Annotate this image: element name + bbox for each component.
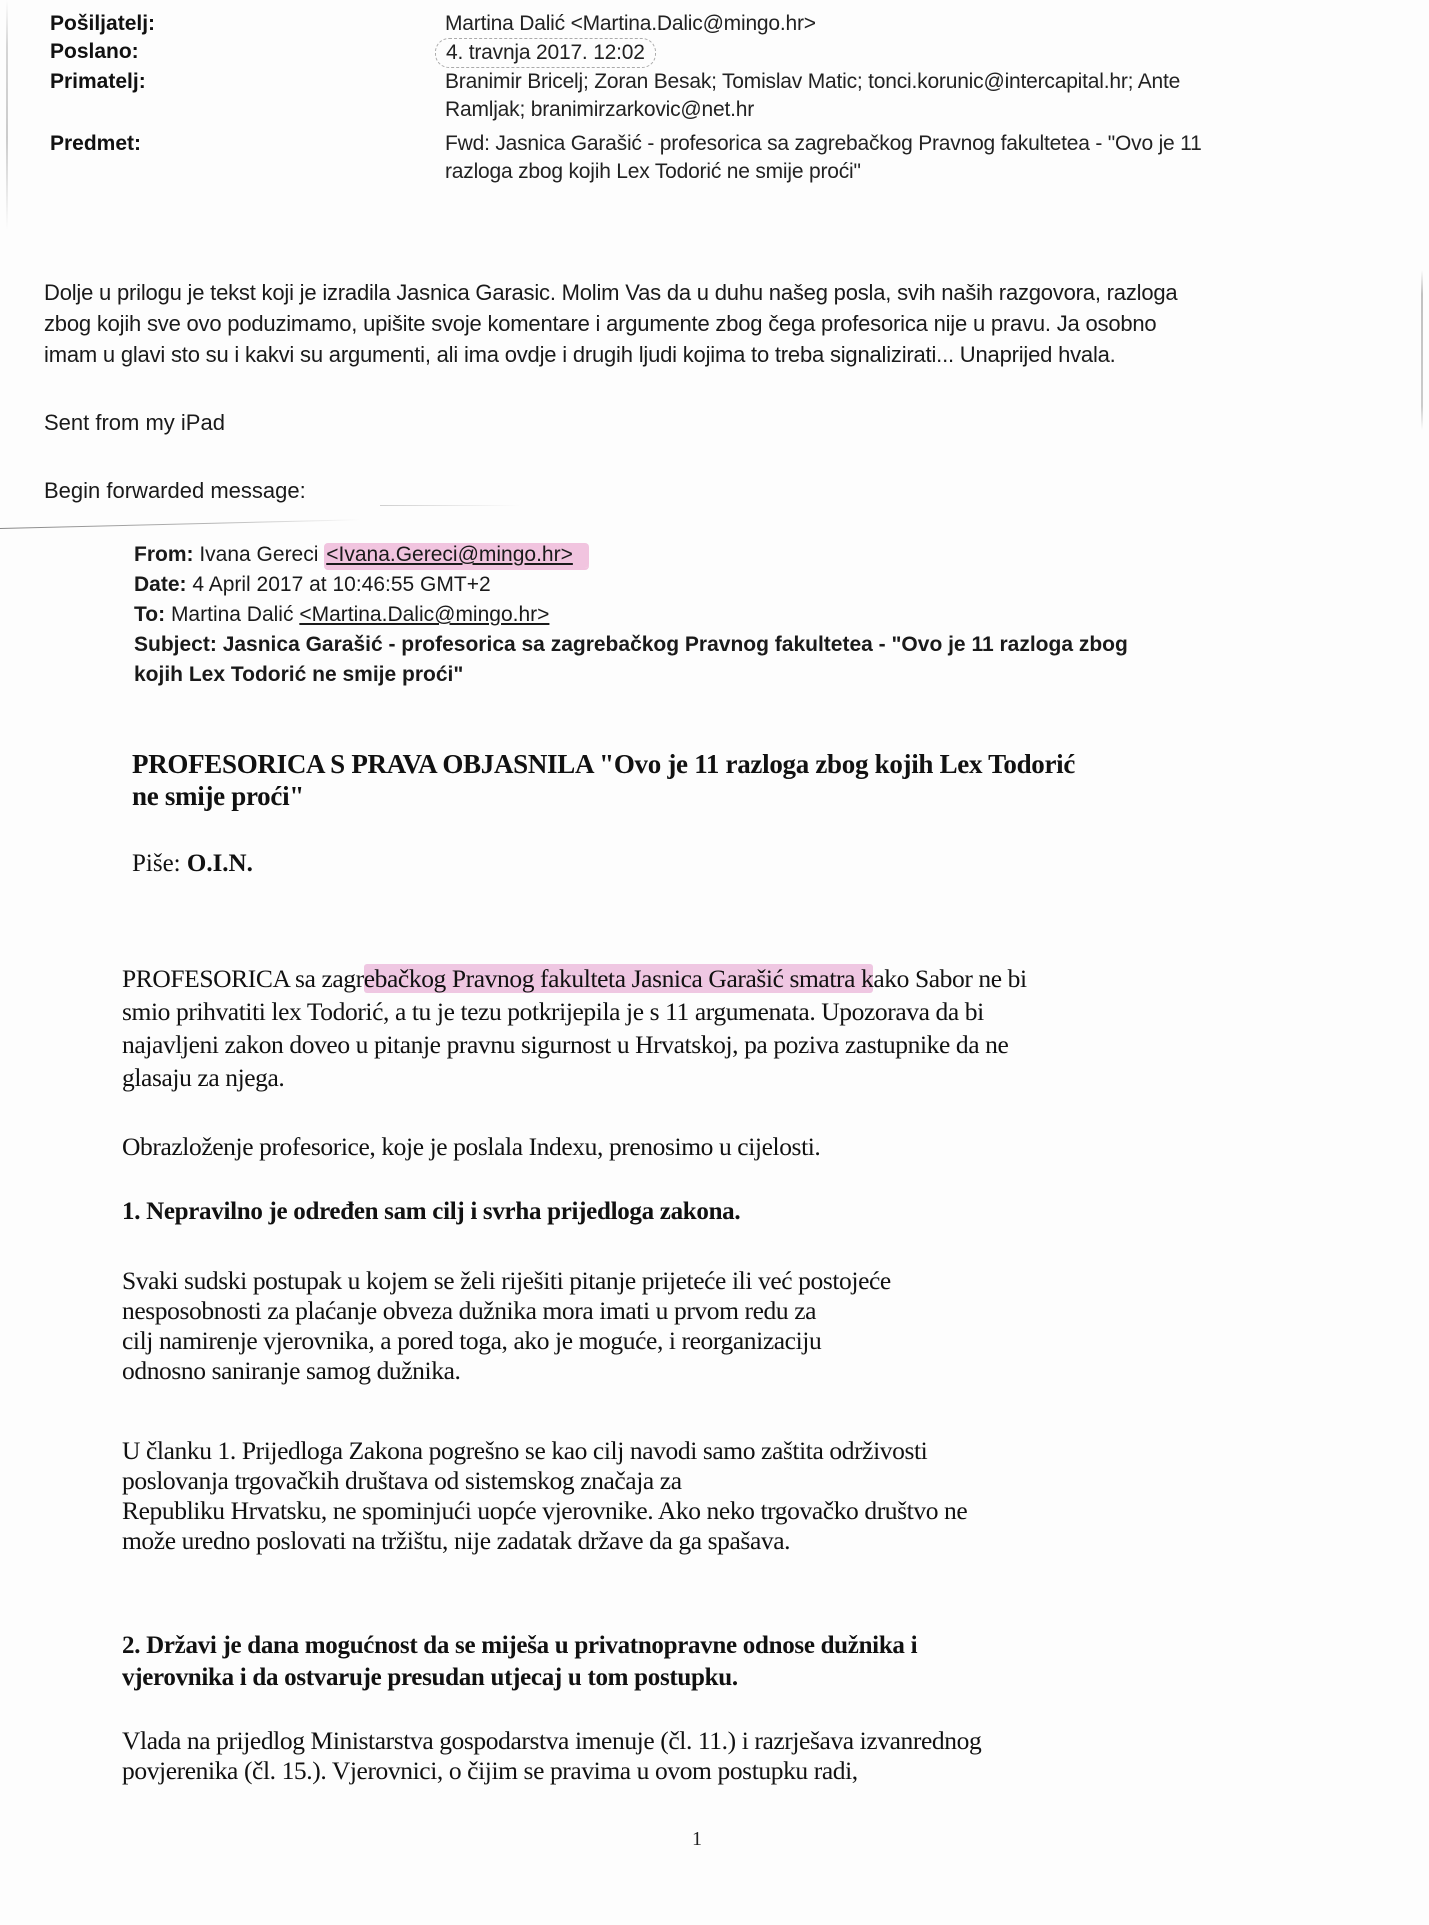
forwarded-from-email[interactable]: <Ivana.Gereci@mingo.hr> — [324, 543, 589, 568]
header-subject-row: Predmet: Fwd: Jasnica Garašić - profesor… — [50, 130, 1380, 186]
header-sent-row: Poslano: 4. travnja 2017. 12:02 — [50, 38, 1380, 68]
article-title-line: PROFESORICA S PRAVA OBJASNILA "Ovo je 11… — [132, 748, 1282, 780]
intro-line: PROFESORICA sa zagrebačkog Pravnog fakul… — [122, 962, 1242, 995]
forwarded-subject-line2: kojih Lex Todorić ne smije proći" — [134, 660, 1334, 690]
explanation-paragraph: Obrazloženje profesorice, koje je poslal… — [122, 1130, 1242, 1163]
article-intro: PROFESORICA sa zagrebačkog Pravnog fakul… — [122, 962, 1242, 1094]
forwarded-to-name: Martina Dalić — [171, 603, 294, 626]
intro-text: PROFESORICA sa zagr — [122, 964, 364, 993]
to-value-line2: Ramljak; branimirzarkovic@net.hr — [445, 96, 1405, 124]
section-1-heading: 1. Nepravilno je određen sam cilj i svrh… — [122, 1196, 1242, 1228]
paragraph-line: povjerenika (čl. 15.). Vjerovnici, o čij… — [122, 1756, 1242, 1786]
section-2-heading-line: vjerovnika i da ostvaruje presudan utjec… — [122, 1662, 1242, 1694]
body-line: imam u glavi sto su i kakvi su argumenti… — [44, 339, 1374, 370]
intro-line: najavljeni zakon doveo u pitanje pravnu … — [122, 1028, 1242, 1061]
section-2-paragraph-1: Vlada na prijedlog Ministarstva gospodar… — [122, 1726, 1242, 1786]
scan-line-artifact — [380, 505, 520, 506]
intro-line: glasaju za njega. — [122, 1061, 1242, 1094]
paragraph-line: nesposobnosti za plaćanje obveza dužnika… — [122, 1296, 1242, 1326]
sent-label: Poslano: — [50, 38, 430, 66]
paragraph-line: Republiku Hrvatsku, ne spominjući uopće … — [122, 1496, 1242, 1526]
forwarded-date-value: 4 April 2017 at 10:46:55 GMT+2 — [192, 573, 490, 596]
forwarded-from-row: From: Ivana Gereci <Ivana.Gereci@mingo.h… — [134, 540, 1334, 570]
forwarded-header: From: Ivana Gereci <Ivana.Gereci@mingo.h… — [134, 540, 1334, 690]
subject-label: Predmet: — [50, 130, 430, 158]
sent-value: 4. travnja 2017. 12:02 — [435, 38, 656, 68]
forwarded-to-row: To: Martina Dalić <Martina.Dalic@mingo.h… — [134, 600, 1334, 630]
intro-highlighted-text: ebačkog Pravnog fakulteta Jasnica Garaši… — [364, 964, 874, 993]
forwarded-date-row: Date: 4 April 2017 at 10:46:55 GMT+2 — [134, 570, 1334, 600]
paragraph-line: poslovanja trgovačkih društava od sistem… — [122, 1466, 1242, 1496]
body-line: zbog kojih sve ovo poduzimamo, upišite s… — [44, 308, 1374, 339]
paragraph-line: Svaki sudski postupak u kojem se želi ri… — [122, 1266, 1242, 1296]
paragraph-line: odnosno saniranje samog dužnika. — [122, 1356, 1242, 1386]
from-value: Martina Dalić <Martina.Dalic@mingo.hr> — [445, 10, 1405, 38]
to-label: Primatelj: — [50, 68, 430, 96]
email-body: Dolje u prilogu je tekst koji je izradil… — [44, 277, 1374, 370]
forwarded-to-email[interactable]: <Martina.Dalic@mingo.hr> — [299, 603, 549, 626]
forwarded-from-label: From: — [134, 543, 194, 566]
forwarded-to-label: To: — [134, 603, 165, 626]
forwarded-from-name: Ivana Gereci — [199, 543, 318, 566]
scan-line-artifact — [0, 519, 360, 529]
paragraph-line: cilj namirenje vjerovnika, a pored toga,… — [122, 1326, 1242, 1356]
scanned-page: Pošiljatelj: Martina Dalić <Martina.Dali… — [0, 0, 1429, 1925]
scan-edge-artifact — [1421, 270, 1423, 430]
forwarded-subject-label: Subject: — [134, 633, 217, 656]
article-title: PROFESORICA S PRAVA OBJASNILA "Ovo je 11… — [132, 748, 1282, 812]
section-2-heading: 2. Državi je dana mogućnost da se miješa… — [122, 1630, 1242, 1694]
page-number: 1 — [692, 1828, 702, 1851]
forwarded-date-label: Date: — [134, 573, 187, 596]
email-header: Pošiljatelj: Martina Dalić <Martina.Dali… — [50, 10, 1380, 186]
intro-line: smio prihvatiti lex Todorić, a tu je tez… — [122, 995, 1242, 1028]
section-2-heading-line: 2. Državi je dana mogućnost da se miješa… — [122, 1630, 1242, 1662]
byline-author: O.I.N. — [187, 850, 253, 877]
forwarded-subject-line1: Jasnica Garašić - profesorica sa zagreba… — [223, 633, 1128, 656]
to-value-line1: Branimir Bricelj; Zoran Besak; Tomislav … — [445, 68, 1405, 96]
scan-edge-artifact — [6, 0, 8, 230]
section-1-paragraph-2: U članku 1. Prijedloga Zakona pogrešno s… — [122, 1436, 1242, 1556]
subject-value-line1: Fwd: Jasnica Garašić - profesorica sa za… — [445, 130, 1405, 158]
forwarded-subject-row: Subject: Jasnica Garašić - profesorica s… — [134, 630, 1334, 660]
forward-intro: Begin forwarded message: — [44, 478, 306, 504]
paragraph-line: može uredno poslovati na tržištu, nije z… — [122, 1526, 1242, 1556]
article-byline: Piše: O.I.N. — [132, 850, 253, 878]
subject-value-line2: razloga zbog kojih Lex Todorić ne smije … — [445, 158, 1405, 186]
byline-label: Piše: — [132, 850, 181, 877]
paragraph-line: U članku 1. Prijedloga Zakona pogrešno s… — [122, 1436, 1242, 1466]
article-title-line: ne smije proći" — [132, 780, 1282, 812]
signature: Sent from my iPad — [44, 410, 225, 436]
header-from-row: Pošiljatelj: Martina Dalić <Martina.Dali… — [50, 10, 1380, 38]
section-1-paragraph-1: Svaki sudski postupak u kojem se želi ri… — [122, 1266, 1242, 1386]
paragraph-line: Vlada na prijedlog Ministarstva gospodar… — [122, 1726, 1242, 1756]
body-line: Dolje u prilogu je tekst koji je izradil… — [44, 277, 1374, 308]
intro-text: ako Sabor ne bi — [873, 964, 1026, 993]
header-to-row: Primatelj: Branimir Bricelj; Zoran Besak… — [50, 68, 1380, 124]
from-label: Pošiljatelj: — [50, 10, 430, 38]
